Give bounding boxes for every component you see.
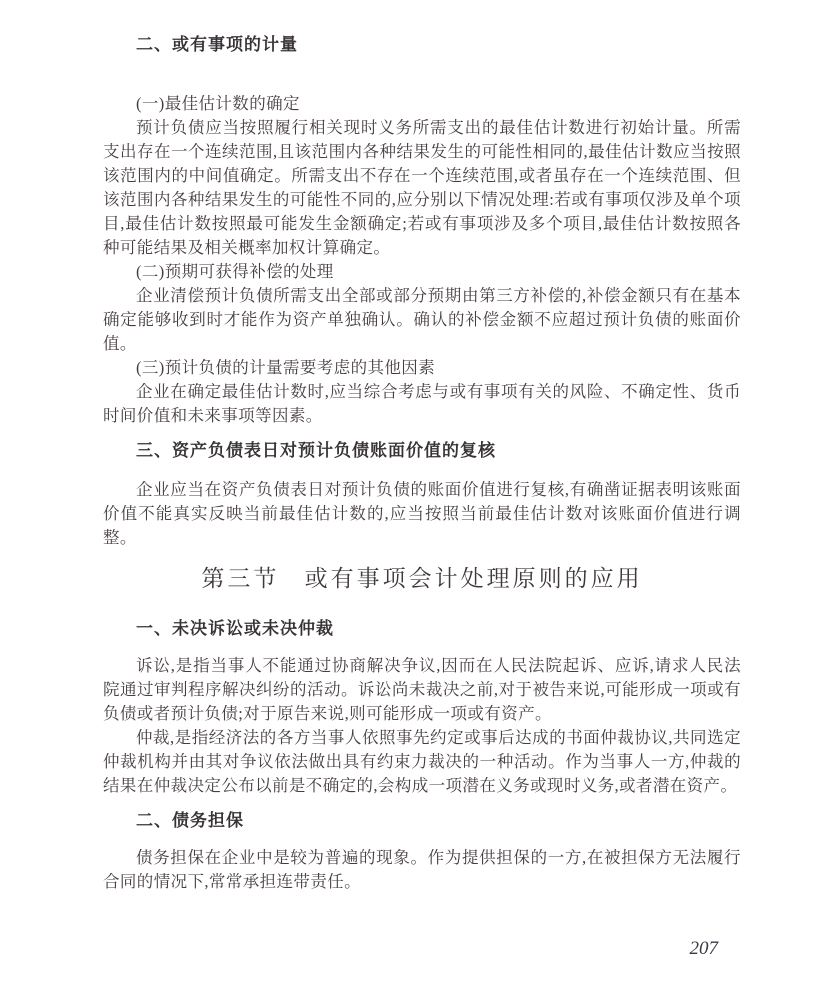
page-body: 二、或有事项的计量 (一)最佳估计数的确定 预计负债应当按照履行相关现时义务所需…: [0, 0, 822, 894]
paragraph-guarantee: 债务担保在企业中是较为普遍的现象。作为提供担保的一方,在被担保方无法履行合同的情…: [103, 846, 741, 894]
paragraph-litigation: 诉讼,是指当事人不能通过协商解决争议,因而在人民法院起诉、应诉,请求人民法院通过…: [103, 654, 741, 726]
page-number: 207: [690, 938, 719, 960]
paragraph-review: 企业应当在资产负债表日对预计负债的账面价值进行复核,有确凿证据表明该账面价值不能…: [103, 478, 741, 550]
paragraph-compensation: 企业清偿预计负债所需支出全部或部分预期由第三方补偿的,补偿金额只有在基本确定能够…: [103, 284, 741, 356]
textbook-page: 二、或有事项的计量 (一)最佳估计数的确定 预计负债应当按照履行相关现时义务所需…: [0, 0, 822, 993]
subheading-other-factors: (三)预计负债的计量需要考虑的其他因素: [103, 356, 741, 380]
subheading-best-estimate: (一)最佳估计数的确定: [103, 92, 741, 116]
section-title-label: 第三节: [201, 566, 279, 591]
section-title-text: 或有事项会计处理原则的应用: [305, 566, 643, 591]
paragraph-other-factors: 企业在确定最佳估计数时,应当综合考虑与或有事项有关的风险、不确定性、货币时间价值…: [103, 380, 741, 428]
heading-contingency-measurement: 二、或有事项的计量: [103, 34, 741, 56]
heading-balance-sheet-review: 三、资产负债表日对预计负债账面价值的复核: [103, 440, 741, 462]
heading-debt-guarantee: 二、债务担保: [103, 810, 741, 832]
subheading-compensation: (二)预期可获得补偿的处理: [103, 260, 741, 284]
heading-pending-litigation: 一、未决诉讼或未决仲裁: [103, 618, 741, 640]
paragraph-best-estimate: 预计负债应当按照履行相关现时义务所需支出的最佳估计数进行初始计量。所需支出存在一…: [103, 116, 741, 260]
section-title: 第三节或有事项会计处理原则的应用: [103, 564, 741, 594]
paragraph-arbitration: 仲裁,是指经济法的各方当事人依照事先约定或事后达成的书面仲裁协议,共同选定仲裁机…: [103, 726, 741, 798]
